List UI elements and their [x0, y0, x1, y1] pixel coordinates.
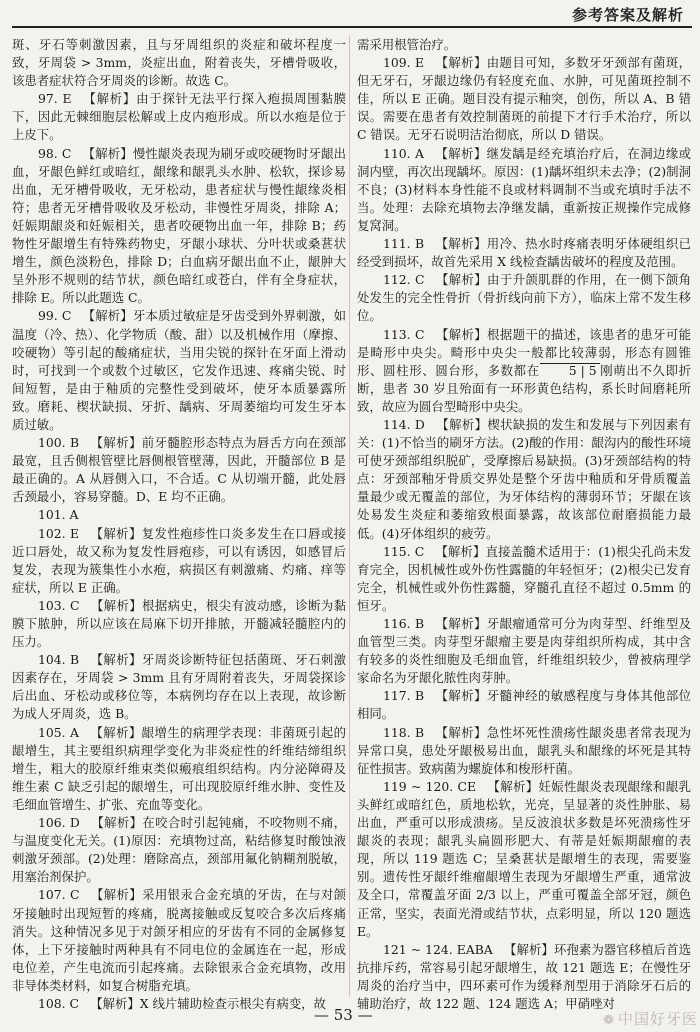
tooth-notation: 5 | 5	[540, 363, 600, 378]
page-footer: — 53 — ❁中国好牙医	[0, 1006, 700, 1032]
analysis-label: 【解析】	[91, 598, 142, 613]
answer-entry: 114. D【解析】楔状缺损的发生和发展与下列因素有关：(1)不恰当的刷牙方法。…	[357, 416, 691, 543]
analysis-label: 【解析】	[435, 55, 487, 70]
analysis-label: 【解析】	[487, 779, 538, 794]
answer-number: 118. B	[383, 725, 424, 740]
answer-entry: 113. C【解析】根据题干的描述，该患者的患牙可能是畸形中央尖。畸形中央尖一般…	[357, 326, 691, 416]
answer-number: 109. E	[383, 55, 424, 70]
answer-number: 105. A	[38, 725, 79, 740]
analysis-label: 【解析】	[83, 91, 136, 106]
analysis-label: 【解析】	[436, 327, 487, 342]
analysis-label: 【解析】	[435, 616, 487, 631]
analysis-label: 【解析】	[90, 435, 142, 450]
answer-text: 妊娠性龈炎表现龈缘和龈乳头鲜红或暗红色，质地松软，光亮，呈显著的炎性肿胀、易出血…	[357, 779, 691, 939]
analysis-label: 【解析】	[504, 942, 554, 957]
answer-text: 牙本质过敏症是牙齿受到外界刺激，如温度（冷、热）、化学物质（酸、甜）以及机械作用…	[12, 308, 346, 432]
answer-entry: 110. A【解析】继发龋是经充填治疗后，在洞边缘或洞内壁，再次出现龋坏。原因：…	[357, 145, 691, 235]
answer-continuation: 需采用根管治疗。	[357, 36, 691, 54]
answer-entry: 111. B【解析】用冷、热水时疼痛表明牙体硬组织已经受到损坏，故首先采用 X …	[357, 235, 691, 271]
analysis-label: 【解析】	[435, 544, 485, 559]
analysis-label: 【解析】	[82, 146, 132, 161]
answer-entry: 98. C【解析】慢性龈炎表现为刷牙或咬硬物时牙龈出血，牙龈色鲜红或暗红，龈缘和…	[12, 145, 346, 308]
left-column: 斑、牙石等刺激因素，且与牙周组织的炎症和破坏程度一致，牙周袋 > 3mm，炎症出…	[12, 36, 346, 1013]
answer-entry: 119 ~ 120. CE【解析】妊娠性龈炎表现龈缘和龈乳头鲜红或暗红色，质地松…	[357, 778, 691, 941]
answer-number: 113. C	[383, 327, 424, 342]
answer-text: 慢性龈炎表现为刷牙或咬硬物时牙龈出血，牙龈色鲜红或暗红，龈缘和龈乳头水肿、松软，…	[12, 146, 346, 306]
analysis-label: 【解析】	[435, 236, 487, 251]
answer-entry: 105. A【解析】龈增生的病理学表现：非菌斑引起的龈增生，其主要组织病理学变化…	[12, 724, 346, 814]
answer-text: 需采用根管治疗。	[357, 37, 456, 52]
answer-entry: 121 ~ 124. EABA【解析】环孢素为器官移植后首选抗排斥药，常容易引起…	[357, 941, 691, 1013]
answer-number: 115. C	[383, 544, 424, 559]
analysis-label: 【解析】	[82, 308, 132, 323]
answer-number: 116. B	[383, 616, 424, 631]
answer-entry: 109. E【解析】由题目可知，多数牙牙颈部有菌斑，但无牙石，牙龈边缘仍有轻度充…	[357, 54, 691, 144]
answer-number: 103. C	[38, 598, 79, 613]
answer-number: 106. D	[38, 815, 80, 830]
analysis-label: 【解析】	[436, 417, 487, 432]
answer-entry: 112. C【解析】由于升颌肌群的作用，在一侧下颌角处发生的完全性骨折（骨折线向…	[357, 271, 691, 325]
section-title: 参考答案及解析	[572, 4, 684, 25]
column-divider	[349, 36, 350, 996]
answer-entry: 117. B【解析】牙髓神经的敏感程度与身体其他部位相同。	[357, 687, 691, 723]
analysis-label: 【解析】	[90, 652, 142, 667]
page-number: — 53 —	[314, 1006, 373, 1024]
answer-entry: 118. B【解析】急性坏死性溃疡性龈炎患者常表现为异常口臭，患处牙龈极易出血，…	[357, 724, 691, 778]
analysis-label: 【解析】	[436, 272, 487, 287]
answer-number: 104. B	[38, 652, 79, 667]
analysis-label: 【解析】	[435, 725, 487, 740]
answer-number: 119 ~ 120. CE	[383, 779, 476, 794]
answer-number: 121 ~ 124. EABA	[383, 942, 493, 957]
answer-entry: 100. B【解析】前牙髓腔形态特点为唇舌方向在颈部最宽，且舌侧根管壁比唇侧根管…	[12, 434, 346, 506]
answer-entry: 99. C【解析】牙本质过敏症是牙齿受到外界刺激，如温度（冷、热）、化学物质（酸…	[12, 307, 346, 434]
answer-entry: 107. C【解析】采用银汞合金充填的牙齿，在与对颌牙接触时出现短暂的疼痛，脱离…	[12, 886, 346, 995]
answer-number: 102. E	[38, 526, 79, 541]
answer-number: 98. C	[38, 146, 71, 161]
answer-number: 114. D	[383, 417, 425, 432]
answer-number: 101. A	[38, 507, 78, 522]
page-header: 参考答案及解析	[0, 0, 700, 30]
answer-number: 111. B	[383, 236, 424, 251]
analysis-label: 【解析】	[90, 526, 142, 541]
analysis-label: 【解析】	[435, 688, 487, 703]
answer-number: 100. B	[38, 435, 79, 450]
analysis-label: 【解析】	[90, 725, 142, 740]
answer-entry: 101. A	[12, 506, 346, 524]
answer-entry: 116. B【解析】牙龈瘤通常可分为肉芽型、纤维型及血管型三类。肉芽型牙龈瘤主要…	[357, 615, 691, 687]
answer-entry: 106. D【解析】在咬合时引起钝痛，不咬物则不痛，与温度变化无关。(1)原因：…	[12, 814, 346, 886]
answer-number: 97. E	[38, 91, 71, 106]
answer-number: 117. B	[383, 688, 424, 703]
right-column: 需采用根管治疗。109. E【解析】由题目可知，多数牙牙颈部有菌斑，但无牙石，牙…	[357, 36, 691, 1013]
answer-continuation: 斑、牙石等刺激因素，且与牙周组织的炎症和破坏程度一致，牙周袋 > 3mm，炎症出…	[12, 36, 346, 90]
answer-entry: 115. C【解析】直接盖髓术适用于：(1)根尖孔尚未发育完全，因机械性或外伤性…	[357, 543, 691, 615]
answer-number: 112. C	[383, 272, 424, 287]
answer-number: 99. C	[38, 308, 71, 323]
wechat-icon: ❁	[603, 1013, 615, 1028]
header-rule	[12, 26, 692, 28]
watermark-text: 中国好牙医	[618, 1010, 698, 1028]
answer-entry: 102. E【解析】复发性疱疹性口炎多发生在口唇或接近口唇处，故又称为复发性唇疱…	[12, 525, 346, 597]
analysis-label: 【解析】	[435, 146, 487, 161]
answer-entry: 103. C【解析】根据病史，根尖有波动感，诊断为黏膜下脓肿，所以应该在局麻下切…	[12, 597, 346, 651]
answer-text: 楔状缺损的发生和发展与下列因素有关：(1)不恰当的刷牙方法。(2)酸的作用：龈沟…	[357, 417, 691, 541]
answer-text: 采用银汞合金充填的牙齿，在与对颌牙接触时出现短暂的疼痛，脱离接触或反复咬合多次后…	[12, 887, 346, 992]
analysis-label: 【解析】	[91, 887, 142, 902]
watermark: ❁中国好牙医	[603, 1008, 698, 1029]
answer-entry: 104. B【解析】牙周炎诊断特征包括菌斑、牙石刺激因素存在，牙周袋 > 3mm…	[12, 651, 346, 723]
answer-number: 107. C	[38, 887, 79, 902]
analysis-label: 【解析】	[91, 815, 142, 830]
answer-text: 斑、牙石等刺激因素，且与牙周组织的炎症和破坏程度一致，牙周袋 > 3mm，炎症出…	[12, 37, 346, 88]
answer-number: 110. A	[383, 146, 424, 161]
answer-entry: 97. E【解析】由于探针无法平行探入疱损周围黏膜下，因此无棘细胞层松解或上皮内…	[12, 90, 346, 144]
